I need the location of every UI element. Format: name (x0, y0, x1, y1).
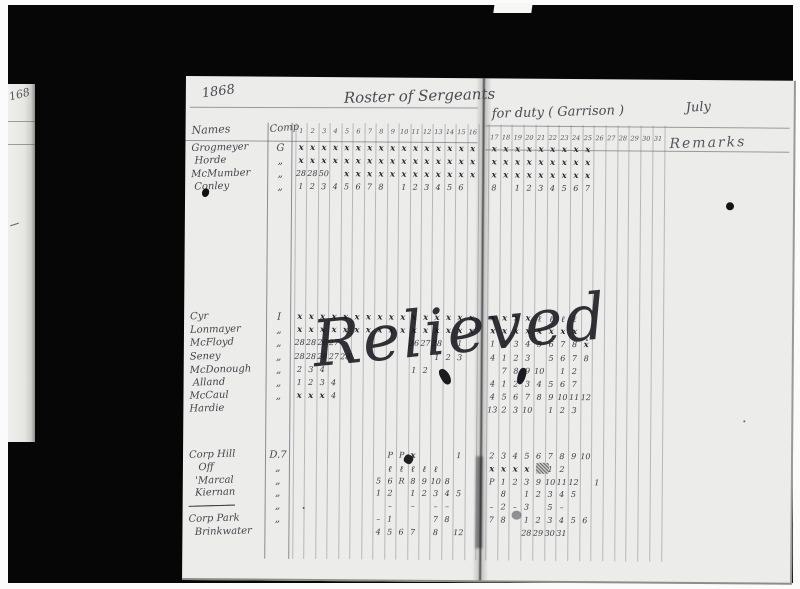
day-mark (650, 354, 662, 363)
day-mark: x (330, 143, 342, 153)
day-mark: 5 (444, 183, 456, 192)
day-mark: 2 (497, 503, 509, 512)
day-mark (418, 515, 430, 524)
day-mark (316, 450, 328, 460)
day-mark: 4 (328, 391, 340, 401)
day-mark: 4 (533, 380, 545, 389)
day-mark (627, 314, 639, 325)
day-mark (579, 478, 591, 487)
day-mark (567, 529, 579, 538)
day-number: 15 (456, 128, 468, 136)
day-mark (385, 379, 397, 388)
day-mark (615, 407, 627, 416)
day-mark (396, 489, 408, 498)
day-mark (441, 528, 453, 537)
left-page-number: 168 (8, 86, 32, 104)
day-mark: 2 (532, 490, 544, 499)
day-mark: 2 (556, 406, 568, 415)
day-mark: 9 (545, 393, 557, 402)
day-cells: 2345678910 (486, 451, 661, 461)
day-mark (580, 406, 592, 415)
day-mark (628, 184, 640, 193)
day-mark (591, 516, 603, 525)
day-mark (486, 490, 498, 499)
day-mark (605, 171, 617, 181)
day-mark (362, 392, 374, 402)
day-mark: 7 (522, 393, 534, 402)
day-mark: 2 (294, 365, 306, 374)
day-mark (453, 515, 465, 524)
day-number: 11 (410, 128, 421, 136)
day-number: 9 (387, 128, 398, 136)
day-mark: x (455, 170, 467, 180)
day-mark: 1 (591, 478, 603, 487)
day-mark (350, 463, 362, 474)
day-mark (431, 392, 443, 402)
day-mark (338, 501, 350, 510)
day-mark (602, 529, 614, 538)
day-mark (430, 451, 442, 461)
day-mark (614, 504, 626, 513)
day-mark: 6 (557, 380, 569, 389)
day-mark (464, 477, 476, 486)
day-mark (500, 183, 512, 192)
day-mark: 10 (579, 452, 591, 461)
day-mark (615, 354, 627, 363)
day-mark (464, 490, 476, 499)
day-mark (626, 504, 638, 513)
soldier-name: Kiernan (189, 487, 236, 499)
day-mark: 1 (407, 489, 419, 498)
day-header-right: 171819202122232425262728293031 (488, 133, 663, 142)
soldier-name: Cyr (190, 311, 208, 322)
day-number: 2 (307, 127, 318, 135)
day-mark: x (500, 170, 512, 180)
day-mark (652, 172, 664, 182)
day-number: 24 (570, 134, 582, 142)
day-mark (315, 514, 327, 523)
day-number: 26 (594, 134, 606, 142)
day-mark (362, 378, 374, 387)
day-mark: 50 (318, 169, 330, 179)
day-mark (617, 158, 629, 168)
day-mark (605, 184, 617, 193)
day-mark: x (318, 156, 330, 166)
day-mark: 2 (305, 378, 317, 387)
day-cells: xxxxxxxxx (488, 170, 663, 181)
day-mark: x (547, 171, 559, 181)
page-subtitle: for duty ( Garrison ) (492, 103, 625, 122)
day-number: 6 (353, 127, 365, 135)
day-mark (637, 529, 649, 538)
day-mark: x (512, 158, 524, 168)
day-mark: 4 (487, 379, 499, 388)
day-mark (339, 450, 351, 460)
day-mark (350, 489, 362, 498)
day-mark: x (316, 391, 328, 401)
day-mark (442, 451, 454, 461)
day-mark (640, 146, 652, 156)
day-mark: P (486, 477, 498, 486)
day-mark (591, 529, 603, 538)
day-number: 25 (582, 134, 594, 142)
day-mark: 5 (453, 489, 465, 498)
day-mark (361, 489, 373, 498)
day-mark: 1 (498, 379, 510, 388)
day-mark (327, 463, 339, 474)
day-mark: x (582, 145, 594, 155)
day-mark: 7 (568, 380, 580, 389)
day-mark: ℓ (396, 463, 408, 474)
soldier-name: Corp Park (188, 513, 239, 525)
company-mark: „ (268, 351, 290, 362)
day-mark (602, 503, 614, 512)
day-mark (373, 463, 385, 474)
photo-frame: 168 1868 Roster of Sergeants for duty ( … (0, 0, 800, 589)
day-mark: x (421, 170, 433, 180)
day-mark: 3 (318, 182, 330, 191)
day-mark: x (498, 464, 510, 474)
day-mark: 3 (510, 406, 522, 415)
day-mark (487, 366, 499, 375)
day-number: 29 (629, 134, 641, 142)
day-mark (651, 315, 663, 326)
day-mark (649, 529, 661, 538)
day-number: 28 (617, 134, 629, 142)
day-mark: – (407, 502, 419, 511)
day-mark (293, 450, 305, 460)
day-mark (603, 465, 615, 475)
day-mark: 8 (407, 476, 419, 485)
day-mark (614, 465, 626, 475)
company-mark: „ (266, 514, 288, 525)
day-mark (350, 450, 362, 460)
day-mark: 7 (582, 184, 594, 193)
day-mark: x (398, 157, 410, 167)
day-mark: x (455, 157, 467, 167)
day-mark (615, 367, 627, 376)
day-mark: 30 (544, 529, 556, 538)
day-mark: x (387, 157, 399, 167)
day-mark: x (523, 158, 535, 168)
day-mark: 5 (545, 380, 557, 389)
year-label: 1868 (201, 82, 236, 101)
day-number: 7 (364, 127, 375, 135)
day-mark (396, 379, 408, 388)
day-mark: x (318, 143, 330, 153)
day-mark (339, 463, 351, 474)
day-mark (605, 158, 617, 168)
day-mark (629, 158, 641, 168)
day-number: 1 (296, 127, 307, 135)
day-mark: 8 (488, 183, 500, 192)
day-mark: 7 (498, 366, 510, 375)
day-mark (627, 407, 639, 416)
day-mark (385, 392, 397, 402)
day-mark: 4 (556, 490, 568, 499)
day-mark: 8 (375, 182, 387, 191)
day-mark (454, 379, 466, 388)
day-mark (615, 452, 627, 461)
page-title: Roster of Sergeants (344, 85, 496, 107)
day-mark: 2 (556, 465, 568, 475)
day-mark (650, 367, 662, 376)
day-mark (373, 450, 385, 460)
day-mark (638, 478, 650, 487)
day-mark: x (398, 170, 410, 180)
day-mark (442, 464, 454, 475)
day-mark (579, 529, 591, 538)
day-mark: 10 (430, 477, 442, 486)
day-mark: 11 (556, 478, 568, 487)
day-mark (605, 145, 617, 155)
day-mark (615, 394, 627, 403)
day-mark: x (523, 171, 535, 181)
day-mark (362, 450, 374, 460)
company-mark: „ (267, 488, 289, 499)
day-number: 19 (512, 134, 524, 142)
day-mark (592, 367, 604, 376)
company-mark: „ (268, 338, 290, 349)
day-mark: x (444, 157, 456, 167)
day-mark: x (295, 156, 307, 166)
day-mark: 2 (568, 367, 580, 376)
day-mark (339, 476, 351, 485)
day-mark: 9 (568, 452, 580, 461)
day-mark: 1 (453, 451, 465, 461)
day-mark (374, 392, 386, 402)
day-mark (431, 379, 443, 388)
soldier-name: McCaul (189, 390, 228, 402)
day-mark: x (421, 157, 433, 167)
day-mark: x (509, 464, 521, 474)
day-mark (640, 159, 652, 169)
day-mark (418, 502, 430, 511)
day-mark: 12 (568, 478, 580, 487)
day-mark: x (375, 156, 387, 166)
day-mark: x (582, 158, 594, 168)
day-mark (639, 367, 651, 376)
day-mark (316, 463, 328, 474)
day-mark: 1 (521, 490, 533, 499)
company-mark: „ (267, 391, 289, 402)
soldier-name: Seney (190, 350, 221, 362)
day-mark: x (364, 169, 376, 179)
names-column-header: Names (191, 122, 230, 137)
ink-smudge (512, 511, 522, 520)
day-cells: xxxx12 (486, 464, 661, 475)
day-cells: 56R89108 (293, 475, 476, 485)
day-mark: x (467, 144, 479, 154)
soldier-name: McMumber (191, 167, 250, 180)
day-mark: x (535, 171, 547, 181)
day-mark: x (293, 391, 305, 401)
day-mark: 7 (544, 452, 556, 461)
day-mark: 11 (568, 393, 580, 402)
day-mark (579, 503, 591, 512)
day-mark: 7 (407, 528, 419, 537)
day-mark (649, 517, 661, 526)
day-mark (640, 185, 652, 194)
day-cells: xxxxxxxxx (488, 144, 663, 155)
day-cells: ℓℓℓℓℓ (293, 463, 476, 475)
day-mark (509, 490, 521, 499)
day-mark (591, 491, 603, 500)
day-mark (639, 315, 651, 326)
day-mark: 5 (567, 516, 579, 525)
day-cells: 81234567 (488, 183, 663, 193)
day-mark: 12 (453, 528, 465, 537)
day-number: 12 (421, 128, 432, 136)
day-mark: 8 (556, 452, 568, 461)
day-number: 3 (318, 127, 329, 135)
day-mark (373, 502, 385, 511)
day-mark (374, 378, 386, 387)
day-mark (361, 527, 373, 536)
day-mark: ℓ (407, 464, 419, 475)
day-number: 14 (444, 128, 455, 136)
day-mark: x (352, 169, 364, 179)
day-mark: 2 (419, 489, 431, 498)
day-mark: 6 (510, 393, 522, 402)
day-mark: x (558, 158, 570, 168)
day-mark: 2 (498, 406, 510, 415)
company-mark: „ (268, 378, 290, 389)
day-mark: 7 (485, 515, 497, 524)
day-mark (627, 380, 639, 389)
day-mark: 6 (533, 452, 545, 461)
soldier-name: ———— (188, 500, 235, 512)
day-mark (593, 158, 605, 168)
day-mark (617, 171, 629, 181)
day-mark (603, 407, 615, 416)
day-mark: 5 (373, 476, 385, 485)
day-cells: xxxxxxxxxxxxxxxx (295, 143, 478, 154)
company-mark: „ (269, 169, 291, 180)
day-mark: 28 (520, 528, 532, 537)
day-mark: x (307, 143, 319, 153)
day-mark (617, 145, 629, 155)
day-mark (591, 452, 603, 461)
day-mark (592, 380, 604, 389)
day-number: 17 (488, 133, 500, 141)
day-mark (497, 528, 509, 537)
day-mark: x (294, 312, 306, 322)
company-mark: G (269, 143, 291, 154)
day-mark: x (488, 157, 500, 167)
day-mark: 2 (384, 489, 396, 498)
day-mark: 10 (544, 477, 556, 486)
soldier-name: McFloyd (190, 337, 234, 349)
day-mark: 4 (556, 516, 568, 525)
day-mark (580, 380, 592, 389)
day-mark: 8 (441, 515, 453, 524)
day-mark: 4 (547, 184, 559, 193)
day-mark (509, 528, 521, 537)
day-mark (532, 503, 544, 512)
soldier-name: Hardie (189, 403, 224, 415)
day-mark (626, 465, 638, 475)
day-cells: xxx4 (293, 391, 476, 402)
day-mark (638, 407, 650, 416)
day-mark: x (341, 143, 353, 153)
day-mark (616, 314, 628, 325)
company-mark: „ (267, 462, 289, 473)
day-mark: x (500, 157, 512, 167)
day-mark: x (570, 158, 582, 168)
day-cells: 7891012 (487, 366, 662, 376)
day-mark (591, 503, 603, 512)
soldier-name: Lonmayer (190, 324, 241, 336)
day-mark (639, 328, 651, 338)
day-cells: P12391011121 (486, 477, 661, 487)
day-number: 18 (500, 133, 512, 141)
day-mark (652, 185, 664, 194)
day-mark (649, 478, 661, 487)
day-mark (567, 503, 579, 512)
day-number: 21 (535, 134, 547, 142)
day-mark: 8 (430, 528, 442, 537)
day-mark (638, 465, 650, 475)
day-mark: 10 (533, 367, 545, 376)
day-mark (592, 407, 604, 416)
day-mark: x (352, 156, 364, 166)
day-mark (603, 491, 615, 500)
day-mark: x (410, 144, 422, 154)
day-cells: –178 (292, 514, 475, 524)
day-number: 13 (433, 128, 445, 136)
day-mark: x (398, 144, 410, 154)
day-mark (594, 145, 606, 155)
day-mark: 1 (521, 516, 533, 525)
day-cells: 1212345 (293, 488, 476, 498)
day-cells: PPx1 (293, 450, 476, 461)
day-mark: – (486, 503, 498, 512)
day-mark (629, 145, 641, 155)
day-mark: x (547, 158, 559, 168)
day-mark: 6 (395, 527, 407, 536)
day-mark (467, 183, 479, 192)
day-mark (603, 380, 615, 389)
day-mark (593, 171, 605, 181)
day-mark (604, 367, 616, 376)
company-mark: „ (268, 364, 290, 375)
day-cells: 4567812 (292, 527, 475, 537)
day-mark (650, 341, 662, 351)
day-mark (640, 172, 652, 182)
soldier-name: Off (189, 462, 214, 474)
day-mark: x (375, 143, 387, 153)
left-page-edge: 168 (8, 84, 35, 442)
day-mark: x (444, 170, 456, 180)
day-mark (419, 379, 431, 388)
day-cells: 12345678123456 (295, 182, 478, 192)
day-number: 5 (341, 127, 352, 135)
day-mark: 1 (373, 489, 385, 498)
day-mark (304, 501, 316, 510)
day-mark: 5 (498, 393, 510, 402)
day-mark (626, 478, 638, 487)
day-mark (627, 367, 639, 376)
day-mark: 5 (341, 182, 353, 191)
day-mark (362, 463, 374, 474)
day-mark (453, 477, 465, 486)
day-mark (350, 514, 362, 523)
day-mark (292, 514, 304, 523)
day-mark: 1 (294, 378, 306, 387)
ink-blot (201, 187, 211, 198)
day-mark: 3 (568, 406, 580, 415)
